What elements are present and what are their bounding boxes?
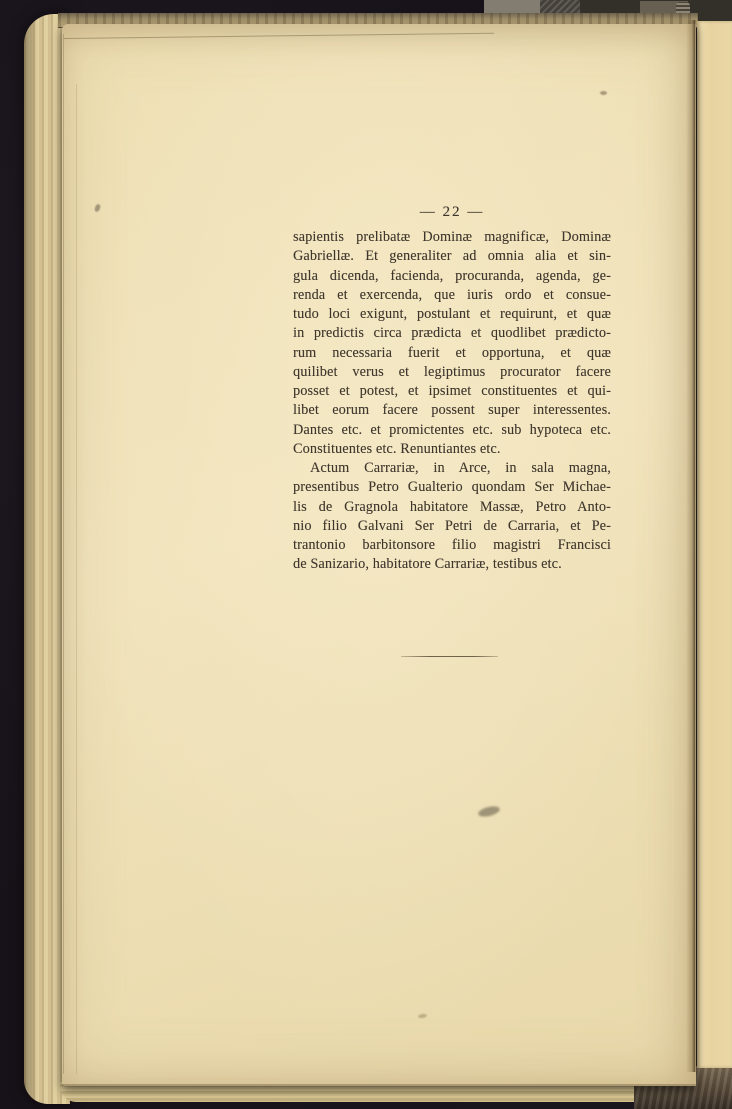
book-headband-segment	[484, 0, 542, 14]
scanned-book-photo: — 22 — sapientis prelibatæ Dominæ magnif…	[0, 0, 732, 1109]
text-line: renda et exercenda, que iuris ordo et co…	[293, 286, 611, 305]
text-line: libet eorum facere possent super interes…	[293, 401, 611, 420]
text-line: Constituentes etc. Renuntiantes etc.	[293, 440, 611, 459]
text-line: Gabriellæ. Et generaliter ad omnia alia …	[293, 247, 611, 266]
text-line: lis de Gragnola habitatore Massæ, Petro …	[293, 498, 611, 517]
page-bottom-edge	[62, 1084, 696, 1086]
text-line: rum necessaria fuerit et opportuna, et q…	[293, 344, 611, 363]
text-block: sapientis prelibatæ Dominæ magnificæ, Do…	[293, 228, 611, 575]
page-crease-line	[63, 34, 64, 1074]
section-divider-rule	[401, 656, 498, 657]
book-page: — 22 — sapientis prelibatæ Dominæ magnif…	[62, 24, 696, 1086]
text-line: tudo loci exigunt, postulant et requirun…	[293, 305, 611, 324]
text-line: sapientis prelibatæ Dominæ magnificæ, Do…	[293, 228, 611, 247]
text-line: nio filio Galvani Ser Petri de Carraria,…	[293, 517, 611, 536]
text-line: in predictis circa prædicta et quodlibet…	[293, 324, 611, 343]
text-line: de Sanizario, habitatore Carrariæ, testi…	[293, 555, 611, 574]
page-number: — 22 —	[293, 204, 611, 224]
text-line: gula dicenda, facienda, procuranda, agen…	[293, 267, 611, 286]
text-line: posset et potest, et ipsimet constituent…	[293, 382, 611, 401]
next-page-edge	[697, 21, 732, 1068]
page-crease-line-faint	[76, 84, 77, 1074]
ink-smudge	[477, 804, 501, 818]
paper-speck	[94, 203, 102, 212]
text-line: trantonio barbitonsore filio magistri Fr…	[293, 536, 611, 555]
paper-speck	[418, 1013, 427, 1018]
book-gutter-shadow	[686, 20, 698, 1072]
text-line: Dantes etc. et promictentes etc. sub hyp…	[293, 421, 611, 440]
paper-speck	[600, 91, 607, 95]
text-line: Actum Carrariæ, in Arce, in sala magna,	[293, 459, 611, 478]
text-line: presentibus Petro Gualterio quondam Ser …	[293, 478, 611, 497]
text-line: quilibet verus et legiptimus procurator …	[293, 363, 611, 382]
underlying-page-edge-line	[64, 33, 494, 39]
